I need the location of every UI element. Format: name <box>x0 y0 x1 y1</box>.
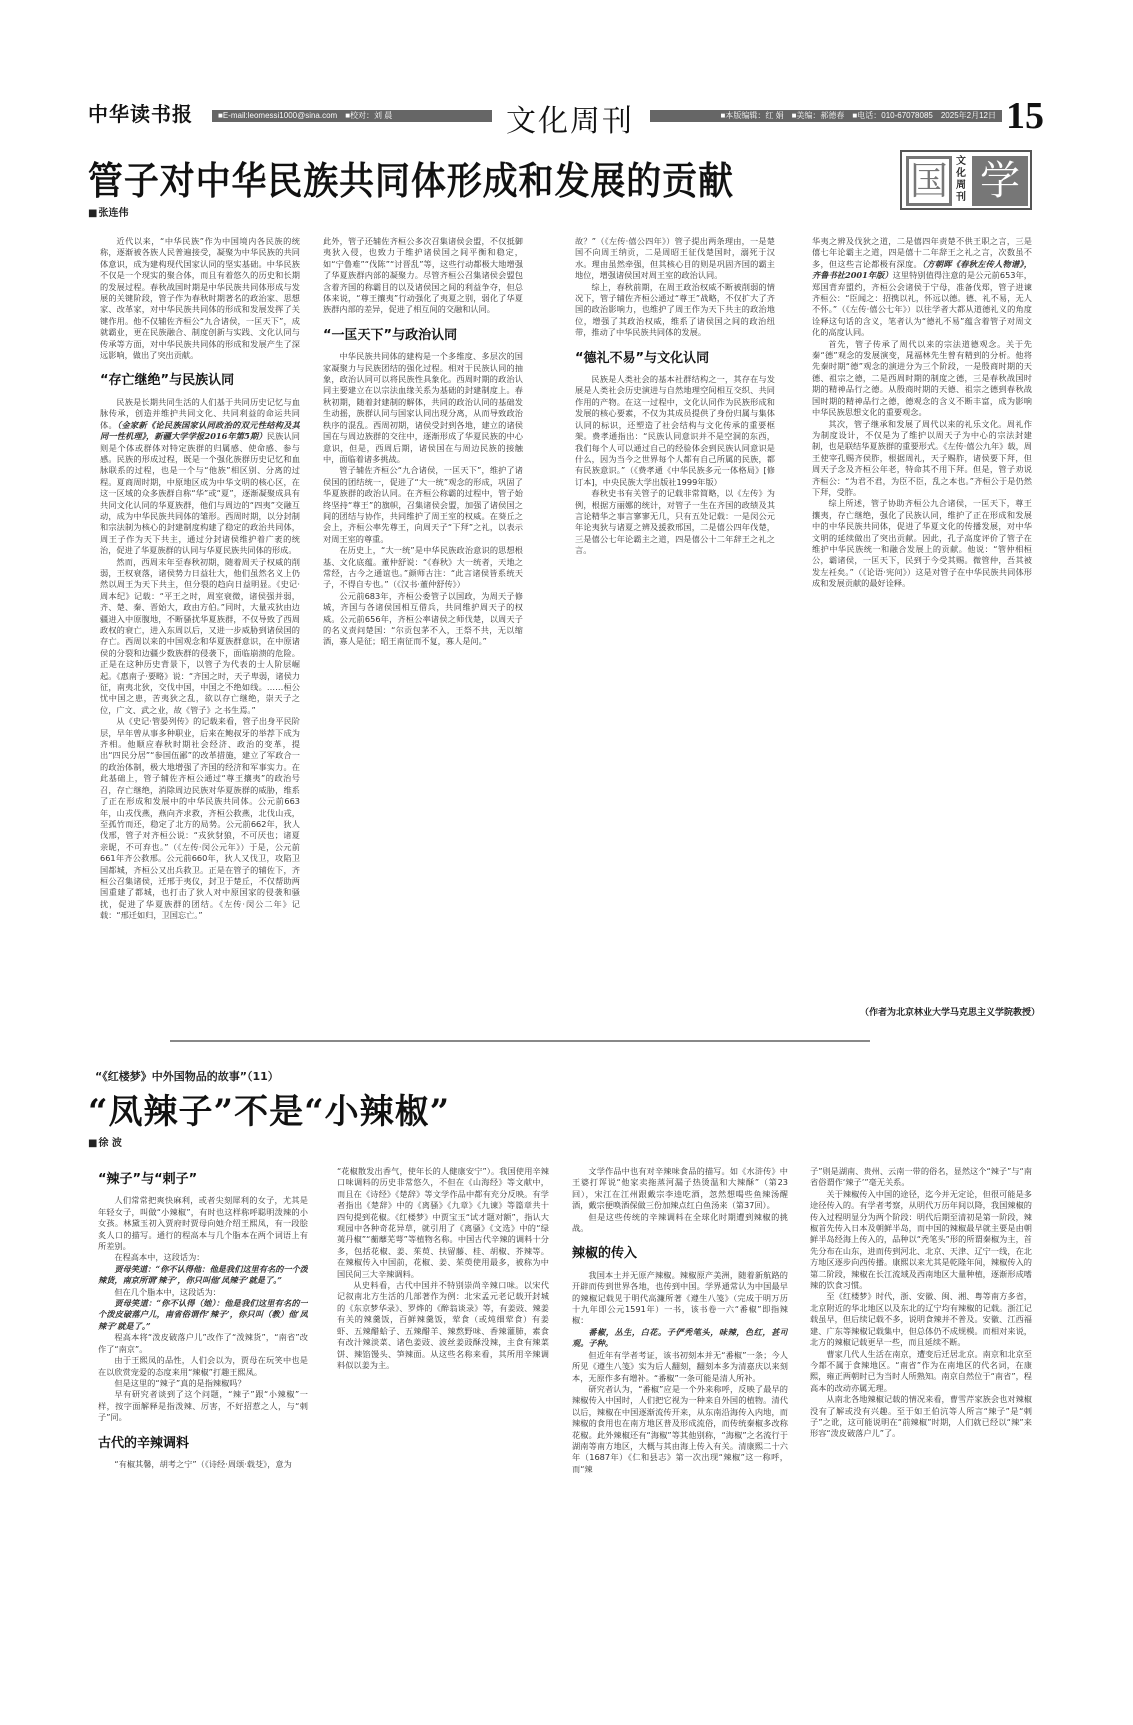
article-2-column-3: 文学作品中也有对辛辣味食品的描写。如《水浒传》中王婆打诨说“他家卖拖蒸河漏子热烫… <box>572 1166 788 1598</box>
guoxue-logo-vertical-text: 文化周刊 <box>956 156 970 204</box>
article-1-column-3: 故？”（《左传·僖公四年》）管子提出两条理由，一是楚国不向周王纳贡，二是周昭王征… <box>575 236 775 996</box>
paragraph: 综上所述，管子协助齐桓公九合诸侯，一匡天下，尊王攘夷，存亡继绝，强化了民族认同，… <box>812 498 1032 589</box>
subheading: 古代的辛辣调料 <box>98 1438 308 1449</box>
paragraph: 关于辣椒传入中国的途径，迄今并无定论，但很可能是多途径传入的。有学者考察，从明代… <box>810 1189 1032 1292</box>
paragraph: 早有研究者谈到了这个问题，“辣子”跟“小辣椒”一样，按字面解释是指泼辣、厉害，不… <box>98 1389 308 1423</box>
article-1-column-1: 近代以来，“中华民族”作为中国境内各民族的统称，逐渐被各族人民普遍接受，凝聚为中… <box>100 236 300 996</box>
paragraph: 在程高本中，这段话为： <box>98 1252 308 1263</box>
article-1-byline: 张连伟 <box>88 204 128 219</box>
paragraph: 其次，管子继承和发展了周代以来的礼乐文化。周礼作为制度设计，不仅是为了维护以周天… <box>812 419 1032 499</box>
paragraph: 故？”（《左传·僖公四年》）管子提出两条理由，一是楚国不向周王纳贡，二是周昭王征… <box>575 236 775 282</box>
paragraph-text: 民族认同则是个体或群体对特定族群的归属感、使命感、参与感。民族的形成过程，既是一… <box>100 431 300 555</box>
newspaper-logo: 中华读书报 <box>88 98 193 127</box>
paragraph: 从南北各地辣椒记载的情况来看，曹雪芹家族会也对辣椒没有了解或没有兴趣。至于如王伯… <box>810 1394 1032 1440</box>
subheading: 辣椒的传入 <box>572 1248 788 1259</box>
paragraph: 至《红楼梦》时代，浙、安徽、闽、湘、粤等南方多省，北京附近的华北地区以及东北的辽… <box>810 1291 1032 1348</box>
article-2-headline: “凤辣子”不是“小辣椒” <box>88 1084 450 1133</box>
subheading: “辣子”与“剌子” <box>98 1174 308 1185</box>
paragraph: 管子辅佐齐桓公“九合诸侯，一匡天下”，维护了诸侯国的团结统一，促进了“大一统”观… <box>323 465 523 545</box>
article-2-column-4: 子”则是湖南、贵州、云南一带的俗名，显然这个“辣子”与“南省俗谓作‘辣子’”毫无… <box>810 1166 1032 1616</box>
article-1-column-4: 华夷之辨及伐狄之道，二是僖四年责楚不供王职之言，三是僖七年论霸主之道，四是僖十二… <box>812 236 1032 996</box>
subheading: “存亡继绝”与民族认同 <box>100 375 300 386</box>
subheading: “一匡天下”与政治认同 <box>323 330 523 341</box>
article-1-headline: 管子对中华民族共同体形成和发展的贡献 <box>88 150 734 205</box>
paragraph: 我国本土并无原产辣椒。辣椒原产美洲，随着新航路的开辟而传到世界各地，也传到中国。… <box>572 1270 788 1327</box>
paragraph: 但在几个脂本中，这段话为： <box>98 1287 308 1298</box>
masthead-left-info-bar: ■E-mail:leomessi1000@sina.com ■校对：刘 晨 <box>212 110 492 122</box>
paragraph: 民族是人类社会的基本社群结构之一，其存在与发展是人类社会历史演进与自然地理空间相… <box>575 374 775 488</box>
paragraph: 公元前683年，齐桓公委管子以国政，为周天子修城，齐国与各诸侯国相互借兵，共同维… <box>323 591 523 648</box>
paragraph: 此外，管子还辅佐齐桓公多次召集诸侯会盟，不仅抵御夷狄入侵，也致力于维护诸侯国之间… <box>323 236 523 316</box>
paragraph: 文学作品中也有对辛辣味食品的描写。如《水浒传》中王婆打诨说“他家卖拖蒸河漏子热烫… <box>572 1166 788 1212</box>
paragraph: 曹家几代人生活在南京，遭变后迁居北京。南京和北京至今都不属于食辣地区。“南省”作… <box>810 1349 1032 1395</box>
paragraph: “有椒其馨，胡考之宁”（《诗经·周颂·载芟》，意为 <box>98 1459 308 1470</box>
article-2-series-label: “《红楼梦》中外国物品的故事”（11） <box>95 1068 279 1084</box>
paragraph: 从史料看，古代中国并不特别崇尚辛辣口味。以宋代记叙南北方生活的几部著作为例：北宋… <box>337 1280 549 1371</box>
masthead-right-info-bar: ■本版编辑：红 娟 ■美编：郝德春 ■电话：010-67078085 2025年… <box>650 110 1002 122</box>
section-title: 文化周刊 <box>506 96 634 140</box>
section-divider <box>170 1040 870 1042</box>
article-2-column-2: “花椒散发出香气，使年长的人健康安宁”）。我国使用辛辣口味调料的历史非常悠久，不… <box>337 1166 549 1598</box>
masthead: 中华读书报 ■E-mail:leomessi1000@sina.com ■校对：… <box>88 96 1048 136</box>
subheading: “德礼不易”与文化认同 <box>575 353 775 364</box>
paragraph: 在历史上，“大一统”是中华民族政治意识的思想根基、文化底蕴。董仲舒说：“《春秋》… <box>323 545 523 591</box>
paragraph: 华夷之辨及伐狄之道，二是僖四年责楚不供王职之言，三是僖七年论霸主之道，四是僖十二… <box>812 236 1032 339</box>
paragraph: 综上，春秋前期，在周王政治权威不断被削弱的情况下，管子辅佐齐桓公通过“尊王”战略… <box>575 282 775 339</box>
paragraph: 但是这里的“辣子”真的是指辣椒吗？ <box>98 1378 308 1389</box>
page-number: 15 <box>1006 94 1044 138</box>
paragraph: 但是这些传统的辛辣调料在全球化时期遭到辣椒的挑战。 <box>572 1212 788 1235</box>
paragraph: 近代以来，“中华民族”作为中国境内各民族的统称，逐渐被各族人民普遍接受，凝聚为中… <box>100 236 300 361</box>
paragraph: 首先，管子传承了周代以来的宗法道德观念。关于先秦“德”观念的发展演变，晁福林先生… <box>812 339 1032 419</box>
paragraph: 程高本将“泼皮破落户儿”改作了“泼辣货”，“南省”改作了“南京”。 <box>98 1332 308 1355</box>
paragraph: “花椒散发出香气，使年长的人健康安宁”）。我国使用辛辣口味调料的历史非常悠久，不… <box>337 1166 549 1280</box>
paragraph: 由于王熙凤的品性，人们会以为，贾母在玩笑中也是在以欣赏宠爱的态度来用“辣椒”打趣… <box>98 1355 308 1378</box>
author-affiliation: （作者为北京林业大学马克思主义学院教授） <box>800 1005 1040 1018</box>
article-1-column-2: 此外，管子还辅佐齐桓公多次召集诸侯会盟，不仅抵御夷狄入侵，也致力于维护诸侯国之间… <box>323 236 523 996</box>
guoxue-logo-char-2: 学 <box>972 156 1028 206</box>
paragraph-text: 这里特别值得注意的是公元前653年，郑国背弃盟约，齐桓公会诸侯于宁母，准备伐郑，… <box>812 270 1032 337</box>
paragraph: 民族是长期共同生活的人们基于共同历史记忆与血脉传承，创造并维护共同文化、共同利益… <box>100 397 300 557</box>
guoxue-column-logo: 国 文化周刊 学 <box>900 150 1032 210</box>
quotation: 贾母笑道：“你不认得（她）：他是我们这里有名的一个泼皮破落户儿，南省俗谓作‘辣子… <box>98 1298 308 1332</box>
paragraph: 人们常常把爽快麻利，或者尖刻犀利的女子，尤其是年轻女子，叫做“小辣椒”，有时也这… <box>98 1195 308 1252</box>
quotation: 贾母笑道：“你不认得他：他是我们这里有名的一个泼辣货，南京所谓‘辣子’，你只叫他… <box>98 1264 308 1287</box>
article-2-byline: 徐 波 <box>88 1134 122 1149</box>
paragraph: 但近年有学者考证，该书初刻本并无“番椒”一条；今人所见《遵生八笺》实为后人翻刻，… <box>572 1350 788 1384</box>
quotation: 番椒，丛生，白花。子俨秃笔头，味辣，色红，甚可观。子种。 <box>572 1327 788 1350</box>
paragraph: 研究者认为，“番椒”应是一个外来称呼，反映了最早的辣椒传入中国时，人们把它视为一… <box>572 1384 788 1475</box>
paragraph: 子”则是湖南、贵州、云南一带的俗名，显然这个“辣子”与“南省俗谓作‘辣子’”毫无… <box>810 1166 1032 1189</box>
paragraph: 然而，西周末年至春秋初期，随着周天子权威的削弱，王权衰落，诸侯势力日益壮大，他们… <box>100 557 300 717</box>
paragraph: 春秋史书有关管子的记载非常简略，以《左传》为例，根据方丽娜的统计，对管子一生在齐… <box>575 488 775 556</box>
guoxue-logo-char-1: 国 <box>906 156 952 206</box>
paragraph: 中华民族共同体的建构是一个多维度、多层次的国家凝聚力与民族团结的强化过程。相对于… <box>323 351 523 465</box>
paragraph: 从《史记·管晏列传》的记载来看，管子出身平民阶层，早年曾从事多种职业，后来在鲍叔… <box>100 716 300 921</box>
article-2-column-1: “辣子”与“剌子” 人们常常把爽快麻利，或者尖刻犀利的女子，尤其是年轻女子，叫做… <box>98 1160 308 1620</box>
